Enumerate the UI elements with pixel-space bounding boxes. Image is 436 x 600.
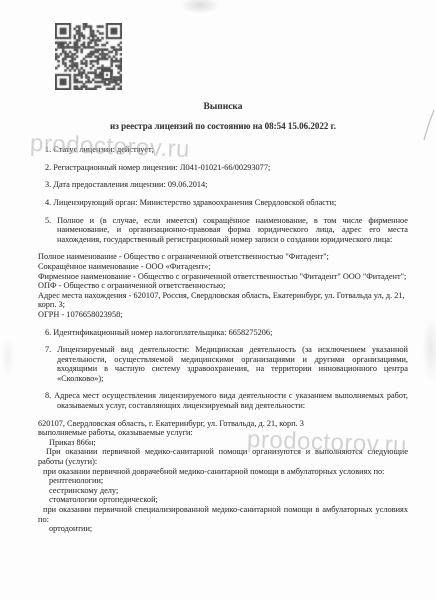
- org-full-name: Полное наименование - Общество с огранич…: [38, 252, 408, 262]
- line-registration-number: 2. Регистрационный номер лицензии: Л041-…: [38, 163, 408, 173]
- org-brand-name: Фирменное наименование - Общество с огра…: [38, 272, 408, 282]
- service-orthopedic-dentistry: стоматологии ортопедической;: [38, 495, 408, 505]
- line-license-status: 1. Статус лицензии: действует;: [38, 145, 408, 155]
- org-ogrn: ОГРН - 1076658023958;: [38, 310, 408, 320]
- service-nursing: сестринскому делу;: [38, 486, 408, 496]
- line-licensing-authority: 4. Лицензирующий орган: Министерство здр…: [38, 198, 408, 208]
- document-subtitle: из реестра лицензий по состоянию на 08:5…: [38, 122, 408, 132]
- activity-address-block: 620107, Свердловская область, г. Екатери…: [38, 419, 408, 534]
- org-address: Адрес места нахождения - 620107, Россия,…: [38, 291, 408, 310]
- pre-doctor-care-paragraph: при оказании первичной доврачебной медик…: [38, 467, 408, 477]
- line-org-naming-clause: 5. Полное и (в случае, если имеется) сок…: [38, 216, 408, 245]
- activity-address: 620107, Свердловская область, г. Екатери…: [38, 419, 408, 429]
- document-title: Выписка: [38, 103, 408, 113]
- org-short-name: Сокращённое наименование - ООО «Фитадент…: [38, 262, 408, 272]
- order-866n: Приказ 866н;: [38, 438, 408, 448]
- license-extract-page: prodoctorov.ru prodoctorov.ru Выписка из…: [0, 0, 436, 600]
- specialized-care-paragraph: при оказании первичной специализированно…: [38, 505, 408, 524]
- organization-details: Полное наименование - Общество с огранич…: [38, 252, 408, 319]
- service-radiology: рентгенологии;: [38, 476, 408, 486]
- pen-mark: [422, 108, 436, 142]
- primary-care-paragraph: При оказании первичной медико-санитарной…: [38, 447, 408, 466]
- service-orthodontics: ортодонтии;: [38, 524, 408, 534]
- line-activity-addresses-clause: 8. Адреса мест осуществления лицензируем…: [38, 391, 408, 410]
- line-taxpayer-number: 6. Идентификационный номер налогоплатель…: [38, 328, 408, 338]
- document-body: Выписка из реестра лицензий по состоянию…: [0, 103, 436, 534]
- org-legal-form: ОПФ - Общество с ограниченной ответствен…: [38, 281, 408, 291]
- works-services-label: выполняемые работы, оказываемые услуги:: [38, 428, 408, 438]
- line-licensed-activity: 7. Лицензируемый вид деятельности: Медиц…: [38, 345, 408, 383]
- qr-code: [55, 23, 122, 90]
- scan-smudge: [181, 0, 219, 14]
- line-grant-date: 3. Дата предоставления лицензии: 09.06.2…: [38, 180, 408, 190]
